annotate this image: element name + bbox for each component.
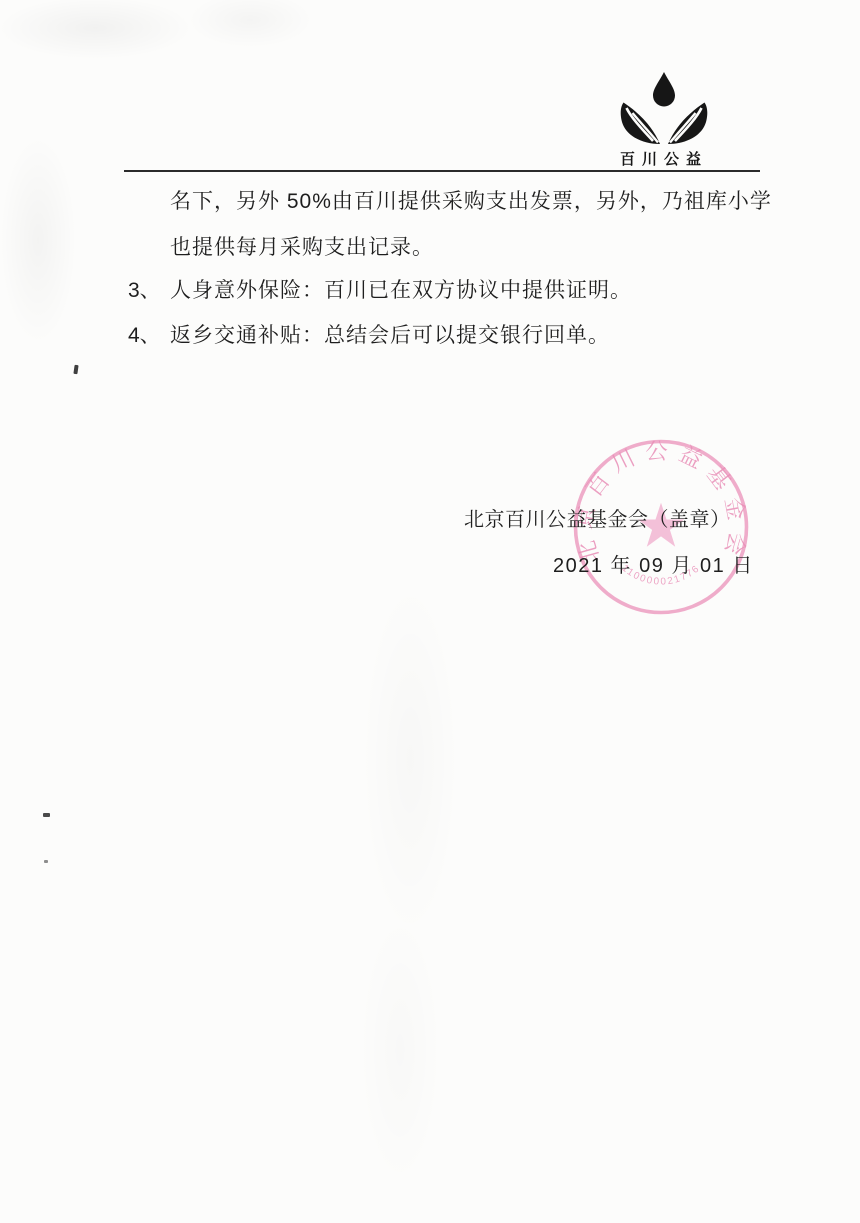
scan-artifact [44, 860, 48, 863]
droplet-leaves-logo-icon [618, 70, 710, 146]
signature-org-line: 北京百川公益基金会（盖章） [464, 503, 731, 532]
logo-wordmark: 百川公益 [620, 148, 708, 169]
scan-artifact [43, 813, 50, 817]
paragraph-line: 名下，另外 50%由百川提供采购支出发票，另外，乃祖库小学 [170, 185, 772, 215]
signature-date-line: 2021 年 09 月 01 日 [553, 549, 754, 578]
paragraph-line: 也提供每月采购支出记录。 [170, 231, 434, 261]
list-item-number: 4、 [128, 319, 161, 349]
organization-logo: 百川公益 [618, 70, 710, 151]
header-divider [124, 170, 760, 172]
list-item-number: 3、 [128, 274, 161, 304]
scan-artifact [73, 365, 78, 374]
list-item-text: 返乡交通补贴：总结会后可以提交银行回单。 [170, 319, 610, 349]
list-item-text: 人身意外保险：百川已在双方协议中提供证明。 [170, 274, 632, 304]
scanned-document-page: 百川公益 名下，另外 50%由百川提供采购支出发票，另外，乃祖库小学 也提供每月… [0, 0, 860, 1223]
